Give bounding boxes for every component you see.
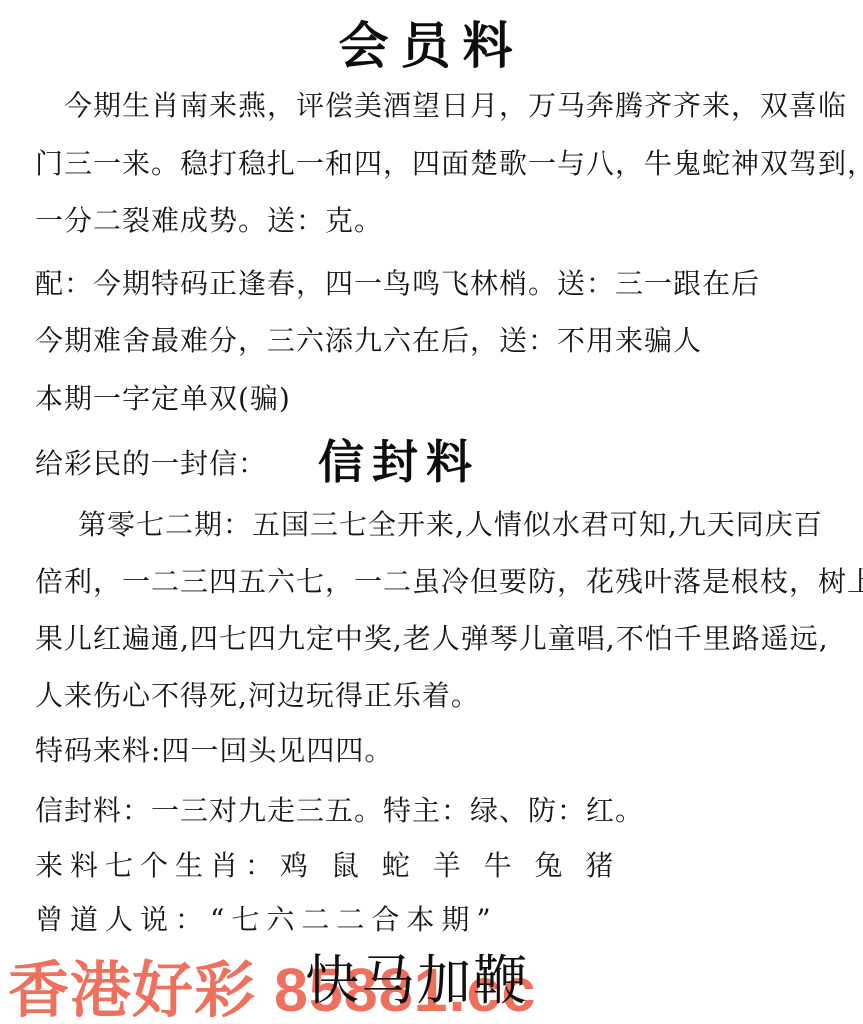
special-code-line: 特码来料:四一回头见四四。 [35, 729, 393, 769]
zodiac-line: 来料七个生肖：鸡 鼠 蛇 羊 牛 兔 猪 [35, 844, 620, 884]
member-paragraph-line: 一分二裂难成势。送：克。 [35, 199, 383, 239]
member-tip-line: 配：今期特码正逢春，四一鸟鸣飞林梢。送：三一跟在后 [35, 262, 760, 302]
envelope-tip-line: 信封料：一三对九走三五。特主：绿、防：红。 [35, 789, 644, 829]
member-paragraph-line: 门三一来。稳打稳扎一和四，四面楚歌一与八，牛鬼蛇神双驾到， [35, 142, 863, 182]
member-paragraph-line: 今期生肖南来燕，评偿美酒望日月，万马奔腾齐齐来，双喜临 [64, 84, 847, 124]
handwriting-slogan: 快马加鞭 [305, 938, 529, 1015]
member-tip-line: 本期一字定单双(骗) [35, 377, 291, 417]
envelope-paragraph-line: 第零七二期：五国三七全开来,人情似水君可知,九天同庆百 [78, 503, 823, 543]
envelope-paragraph-line: 人来伤心不得死,河边玩得正乐着。 [35, 674, 480, 714]
member-tip-line: 今期难舍最难分，三六添九六在后，送：不用来骗人 [35, 319, 702, 359]
lottery-tip-sheet: 会员料 今期生肖南来燕，评偿美酒望日月，万马奔腾齐齐来，双喜临 门三一来。稳打稳… [0, 0, 863, 1024]
quote-line: 曾道人说：“七六二二合本期” [35, 898, 498, 938]
envelope-intro-label: 给彩民的一封信： [35, 442, 267, 482]
member-section-title: 会员料 [0, 6, 863, 78]
envelope-paragraph-line: 果儿红遍通,四七四九定中奖,老人弹琴儿童唱,不怕千里路遥远, [35, 617, 829, 657]
envelope-paragraph-line: 倍利，一二三四五六七，一二虽冷但要防，花残叶落是根枝，树上 [35, 560, 863, 600]
envelope-section-title: 信封料 [318, 426, 480, 492]
